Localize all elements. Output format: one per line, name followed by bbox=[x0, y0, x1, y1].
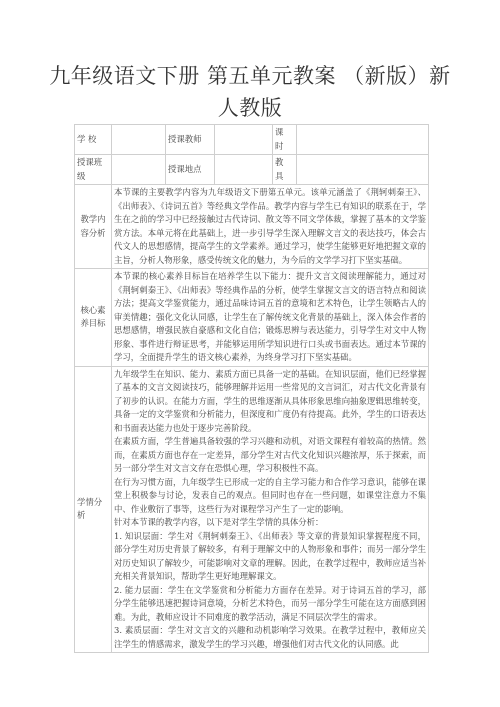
section-core-goals: 核心素养目标 本节课的核心素养目标旨在培养学生以下能力：提升文言文阅读理解能力，… bbox=[75, 269, 429, 367]
paragraph: 2. 能力层面：学生在文学鉴赏和分析能力方面存在差异。对于诗词五首的学习，部分学… bbox=[114, 584, 426, 625]
header-row-school: 学 校 授课教师 课 时 bbox=[75, 125, 429, 155]
teacher-value bbox=[215, 125, 273, 155]
teacher-label: 授课教师 bbox=[166, 125, 215, 155]
tools-value bbox=[297, 155, 429, 185]
class-label: 授课班级 bbox=[75, 155, 112, 185]
section-body: 本节课的主要教学内容为九年级语文下册第五单元。该单元涵盖了《荆轲刺秦王》、《出师… bbox=[112, 185, 429, 269]
section-body: 本节课的核心素养目标旨在培养学生以下能力：提升文言文阅读理解能力，通过对《荆轲刺… bbox=[112, 269, 429, 367]
paragraph: 在行为习惯方面，九年级学生已形成一定的自主学习能力和合作学习意识，能够在课堂上积… bbox=[114, 476, 426, 517]
paragraph: 本节课的主要教学内容为九年级语文下册第五单元。该单元涵盖了《荆轲刺秦王》、《出师… bbox=[114, 186, 426, 267]
paragraph: 3. 素质层面：学生对文言文的兴趣和动机影响学习效果。在教学过程中，教师应关注学… bbox=[114, 624, 426, 651]
location-value bbox=[215, 155, 273, 185]
tools-label: 教 具 bbox=[273, 155, 297, 185]
title-line-1: 九年级语文下册 第五单元教案 （新版）新 bbox=[0, 60, 500, 92]
title-line-2: 人教版 bbox=[0, 92, 500, 124]
school-label: 学 校 bbox=[75, 125, 112, 155]
school-value bbox=[112, 125, 166, 155]
section-label: 核心素养目标 bbox=[75, 269, 112, 367]
section-label: 教学内容分析 bbox=[75, 185, 112, 269]
header-row-class: 授课班级 授课地点 教 具 bbox=[75, 155, 429, 185]
section-body: 九年级学生在知识、能力、素质方面已具备一定的基础。在知识层面，他们已经掌握了基本… bbox=[112, 366, 429, 653]
paragraph: 针对本节课的教学内容，以下是对学生学情的具体分析： bbox=[114, 516, 426, 530]
paragraph: 在素质方面，学生普遍具备较强的学习兴趣和动机，对语文课程有着较高的热情。然而，在… bbox=[114, 435, 426, 476]
document-title: 九年级语文下册 第五单元教案 （新版）新 人教版 bbox=[0, 60, 500, 124]
period-label: 课 时 bbox=[273, 125, 297, 155]
paragraph: 本节课的核心素养目标旨在培养学生以下能力：提升文言文阅读理解能力，通过对《荆轲刺… bbox=[114, 270, 426, 365]
period-value bbox=[297, 125, 429, 155]
section-label: 学情分析 bbox=[75, 366, 112, 653]
section-content-analysis: 教学内容分析 本节课的主要教学内容为九年级语文下册第五单元。该单元涵盖了《荆轲刺… bbox=[75, 185, 429, 269]
lesson-plan-table: 学 校 授课教师 课 时 授课班级 授课地点 教 具 教学内容分析 本节课的主要… bbox=[74, 124, 429, 653]
section-student-analysis: 学情分析 九年级学生在知识、能力、素质方面已具备一定的基础。在知识层面，他们已经… bbox=[75, 366, 429, 653]
class-value bbox=[112, 155, 166, 185]
paragraph: 九年级学生在知识、能力、素质方面已具备一定的基础。在知识层面，他们已经掌握了基本… bbox=[114, 368, 426, 436]
paragraph: 1. 知识层面：学生对《荆轲刺秦王》、《出师表》等文章的背景知识掌握程度不同，部… bbox=[114, 530, 426, 584]
location-label: 授课地点 bbox=[166, 155, 215, 185]
